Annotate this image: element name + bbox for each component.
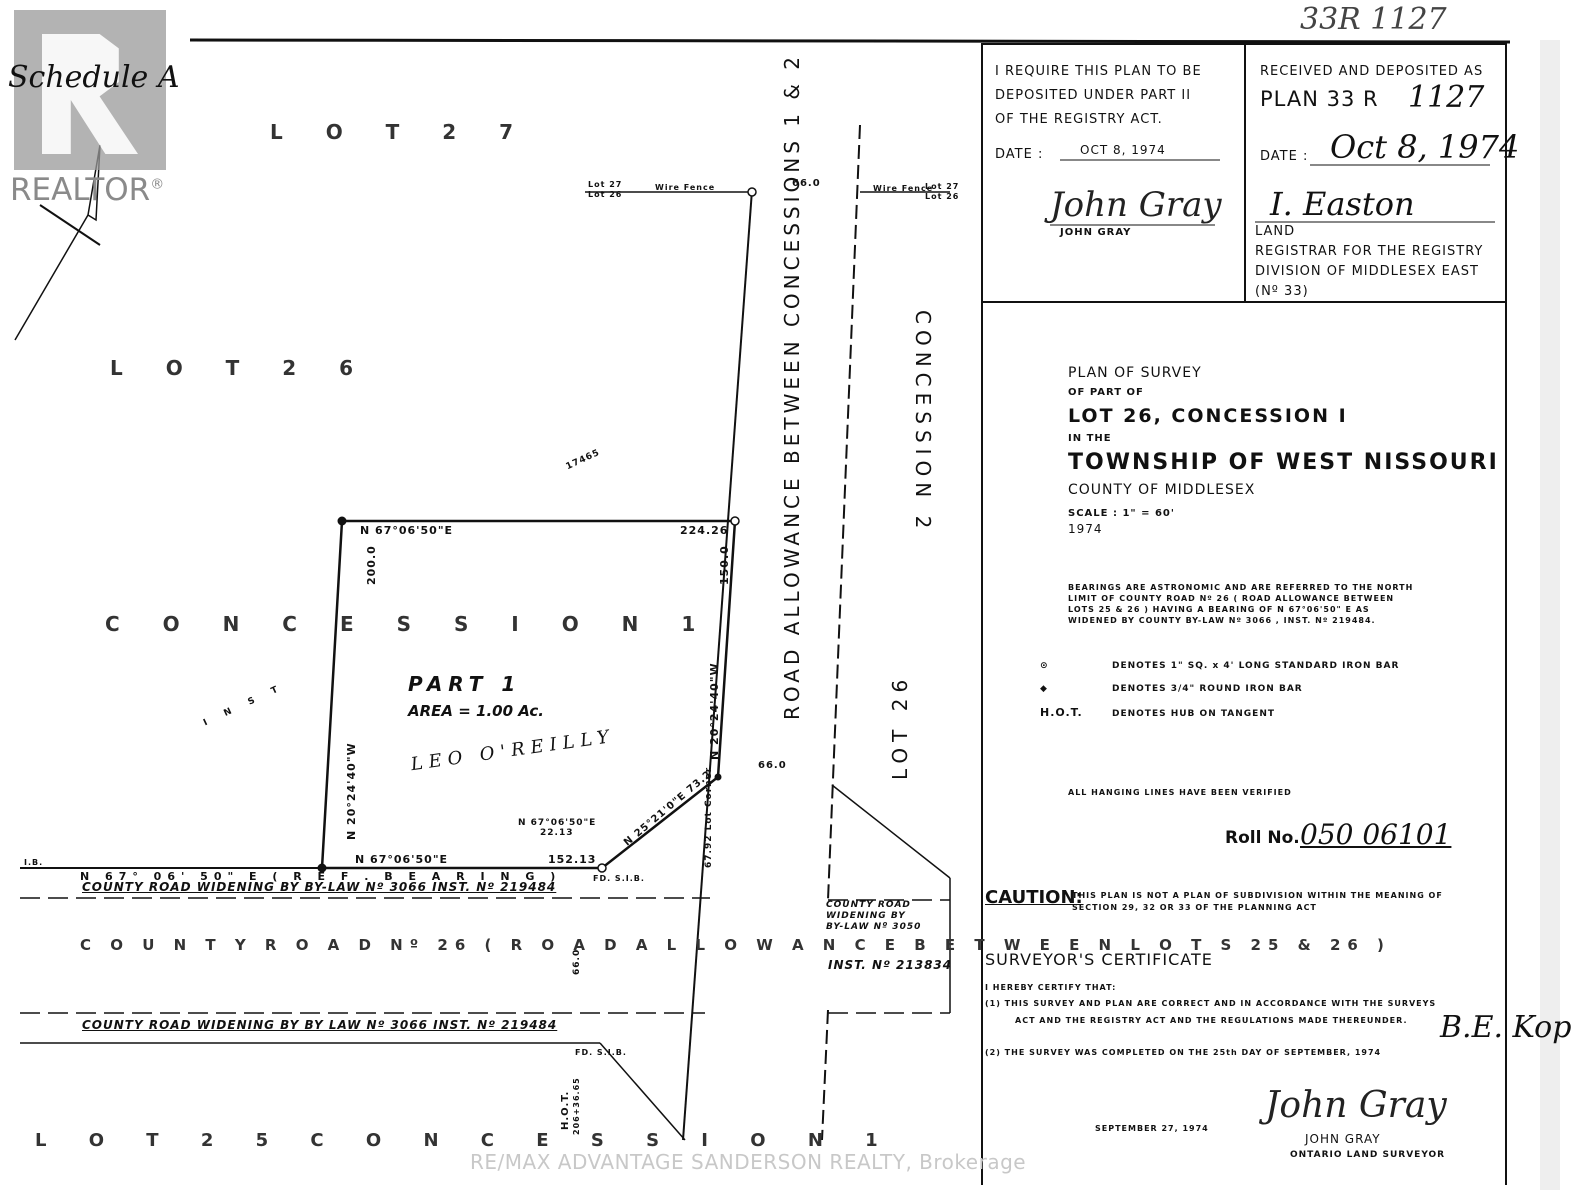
plan-title-line1: PLAN OF SURVEY — [1068, 365, 1202, 381]
lot-corner: 67.92 Lot Corner — [704, 767, 714, 868]
plan-reference-handwritten: 33R 1127 — [1300, 2, 1447, 37]
plan-title-line4: IN THE — [1068, 433, 1112, 444]
plan-title-township: TOWNSHIP OF WEST NISSOURI — [1068, 450, 1499, 475]
bearing-small: N 67°06'50"E — [518, 818, 596, 828]
surveyor-signature-name: JOHN GRAY — [1060, 227, 1131, 238]
bearing-east: N 20°24'40"W — [708, 662, 721, 760]
certificate-item1-cont: ACT AND THE REGISTRY ACT AND THE REGULAT… — [1015, 1016, 1408, 1025]
part-title: PART 1 — [408, 672, 521, 696]
legend: ⊙DENOTES 1" SQ. x 4' LONG STANDARD IRON … — [1040, 655, 1399, 726]
registrar-info: LANDREGISTRAR FOR THE REGISTRYDIVISION O… — [1255, 222, 1483, 302]
bearing-west: N 20°24'40"W — [345, 742, 358, 840]
bearings-note: BEARINGS ARE ASTRONOMIC AND ARE REFERRED… — [1068, 582, 1413, 626]
lot-27-label: L O T 2 7 — [270, 120, 531, 144]
surveyor-signature: John Gray — [1050, 185, 1222, 225]
round-bar-symbol-icon: ◆ — [1040, 678, 1112, 701]
road-allowance-label: ROAD ALLOWANCE BETWEEN CONCESSIONS 1 & 2 — [780, 53, 804, 720]
part-area: AREA = 1.00 Ac. — [408, 702, 544, 720]
hot-value: 206+36.65 — [572, 1077, 581, 1135]
road-width-mid: 66.0 — [758, 760, 787, 771]
certificate-signer: JOHN GRAY — [1305, 1132, 1381, 1146]
fence-left-lots: Lot 27Lot 26 — [588, 180, 622, 200]
ib-label: I.B. — [24, 858, 43, 867]
require-date: OCT 8, 1974 — [1080, 143, 1166, 157]
deposit-requirement: I REQUIRE THIS PLAN TO BEDEPOSITED UNDER… — [995, 60, 1202, 132]
plan-year: 1974 — [1068, 522, 1103, 536]
iron-bar-symbol-icon: ⊙ — [1040, 655, 1112, 678]
lot-25-concession-label: L O T 2 5 C O N C E S S I O N 1 — [35, 1130, 896, 1151]
hot-label: H.O.T. — [560, 1091, 571, 1130]
plan-number: 1127 — [1408, 80, 1484, 115]
plan-title-county: COUNTY OF MIDDLESEX — [1068, 482, 1255, 498]
fence-left-label: Wire Fence — [655, 183, 715, 192]
certificate-signer-title: ONTARIO LAND SURVEYOR — [1290, 1150, 1445, 1160]
roll-number: 050 06101 — [1300, 818, 1451, 851]
realtor-logo: REALTOR® — [6, 10, 166, 205]
verified-note: ALL HANGING LINES HAVE BEEN VERIFIED — [1068, 788, 1292, 797]
registrar-signature: I. Easton — [1270, 185, 1415, 223]
bearing-south: N 67°06'50"E — [355, 853, 448, 866]
dist-west: 200.0 — [365, 545, 378, 585]
caution-text: THIS PLAN IS NOT A PLAN OF SUBDIVISION W… — [1072, 890, 1443, 914]
concession-2-label: CONCESSION 2 — [911, 310, 935, 534]
caution-label: CAUTION: — [985, 887, 1083, 908]
certificate-item2: (2) THE SURVEY WAS COMPLETED ON THE 25th… — [985, 1048, 1381, 1057]
inst-east: INST. Nº 213834 — [828, 958, 952, 972]
roll-label: Roll No. — [1225, 828, 1300, 848]
fd-sib-north: FD. S.I.B. — [593, 874, 645, 883]
road-width-top: 66.0 — [792, 178, 821, 189]
received-date: Oct 8, 1974 — [1330, 128, 1519, 166]
received-date-label: DATE : — [1260, 145, 1308, 169]
brokerage-watermark: RE/MAX ADVANTAGE SANDERSON REALTY, Broke… — [470, 1150, 1026, 1174]
bearing-north: N 67°06'50"E — [360, 524, 453, 537]
initials: B.E. Kop — [1440, 1010, 1571, 1045]
certificate-intro: I HEREBY CERTIFY THAT: — [985, 983, 1116, 992]
dist-south: 152.13 — [548, 853, 596, 866]
road-width-south: 66.0 — [572, 949, 582, 975]
plan-scale: SCALE : 1" = 60' — [1068, 508, 1175, 519]
lot-26-label: L O T 2 6 — [110, 356, 371, 380]
schedule-label: Schedule A — [8, 60, 180, 95]
lot-26-east-label: LOT 26 — [888, 674, 912, 780]
fence-right-lots: Lot 27Lot 26 — [925, 182, 959, 202]
road-widening-east: COUNTY ROADWIDENING BYBY-LAW Nº 3050 — [826, 900, 921, 933]
require-date-label: DATE : — [995, 143, 1043, 167]
plan-number-label: PLAN 33 R — [1260, 87, 1379, 111]
fd-sib-south: FD. S.I.B. — [575, 1048, 627, 1057]
certificate-title: SURVEYOR'S CERTIFICATE — [985, 950, 1213, 969]
dist-north: 224.26 — [680, 524, 728, 537]
road-widening-south: COUNTY ROAD WIDENING BY BY LAW Nº 3066 I… — [82, 1018, 557, 1032]
certificate-signature: John Gray — [1265, 1085, 1447, 1126]
ref-bearing: N 67° 06' 50" E ( R E F . B E A R I N G … — [80, 870, 561, 883]
dist-east: 150.0 — [718, 545, 731, 585]
plan-title-line2: OF PART OF — [1068, 387, 1144, 398]
certificate-date: SEPTEMBER 27, 1974 — [1095, 1124, 1209, 1133]
hub-tangent-symbol: H.O.T. — [1040, 701, 1112, 724]
concession-1-label: C O N C E S S I O N 1 — [105, 612, 713, 636]
dist-small: 22.13 — [540, 828, 573, 838]
certificate-item1: (1) THIS SURVEY AND PLAN ARE CORRECT AND… — [985, 999, 1436, 1008]
plan-title-line3: LOT 26, CONCESSION I — [1068, 405, 1348, 427]
